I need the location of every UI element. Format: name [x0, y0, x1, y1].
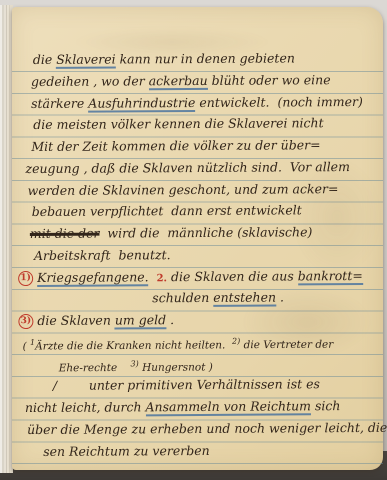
manuscript-line: Ehe-rechte 3) Hungersnot )	[13, 352, 384, 376]
manuscript-line: mit die der wird die männliche (sklavisc…	[12, 221, 383, 245]
manuscript-line: sen Reichtum zu vererben	[13, 439, 384, 463]
text-segment: die Sklaven	[33, 313, 115, 328]
manuscript-line: die meisten völker kennen die Sklaverei …	[11, 112, 382, 136]
manuscript-line: gedeihen , wo der ackerbau blüht oder wo…	[11, 69, 382, 93]
text-segment: .	[276, 290, 284, 305]
manuscript-lines: die Sklaverei kann nur in denen gebieten…	[11, 47, 385, 463]
text-segment: stärkere	[31, 95, 88, 110]
text-segment: Sklaverei	[56, 51, 116, 68]
text-segment: bankrott=	[298, 268, 363, 285]
text-segment: 2.	[157, 273, 168, 284]
manuscript-line: schulden entstehen .	[12, 286, 383, 310]
manuscript-line: 3) die Sklaven um geld .	[12, 308, 383, 332]
text-segment: blüht oder wo eine	[208, 72, 331, 88]
manuscript-line: bebauen verpflichtet dann erst entwickel…	[12, 199, 383, 223]
manuscript-line: / unter primitiven Verhältnissen ist es	[13, 373, 384, 397]
text-segment: entwickelt. (noch immer)	[195, 94, 363, 110]
text-segment: ackerbau	[149, 73, 208, 90]
manuscript-line: 1) Kriegsgefangene. 2. die Sklaven die a…	[12, 265, 383, 289]
text-segment: Arbeitskraft benutzt.	[34, 247, 171, 263]
manuscript-line: stärkere Ausfuhrindustrie entwickelt. (n…	[11, 90, 382, 114]
red-margin-number: 1)	[18, 271, 33, 286]
text-segment: bebauen verpflichtet dann erst entwickel…	[32, 203, 302, 220]
text-segment: die Vertreter der	[240, 339, 333, 352]
text-segment: über die Menge zu erheben und noch wenig…	[27, 420, 387, 437]
text-segment: die Sklaven die aus	[167, 268, 298, 284]
text-segment: Ausfuhrindustrie	[88, 95, 195, 113]
manuscript-line: zeugung , daß die Sklaven nützlich sind.…	[11, 156, 382, 180]
manuscript-line: werden die Sklavinen geschont, und zum a…	[12, 177, 383, 201]
text-segment: .	[166, 312, 174, 327]
text-segment: zeugung , daß die Sklaven nützlich sind.…	[25, 159, 350, 176]
text-segment: Kriegsgefangene.	[37, 269, 149, 287]
text-segment: werden die Sklavinen geschont, und zum a…	[28, 181, 339, 198]
text-segment: Hungersnot )	[139, 361, 213, 373]
text-segment: kann nur in denen gebieten	[116, 50, 295, 66]
manuscript-line: ( 1Ärzte die die Kranken nicht heilten. …	[12, 330, 383, 354]
text-segment: wird die männliche (sklavische)	[99, 224, 312, 240]
manuscript-line: Arbeitskraft benutzt.	[12, 243, 383, 267]
text-segment: gedeihen , wo der	[31, 73, 149, 89]
manuscript-line: die Sklaverei kann nur in denen gebieten	[11, 47, 382, 71]
notebook-page: die Sklaverei kann nur in denen gebieten…	[12, 7, 383, 470]
footnote-marker: 2)	[232, 337, 240, 346]
text-segment: / unter primitiven Verhältnissen ist es	[53, 377, 320, 394]
text-segment: Ärzte die die Kranken nicht heilten.	[35, 339, 232, 352]
text-segment: Ansammeln von Reichtum	[145, 399, 311, 417]
text-segment: entstehen	[213, 290, 276, 307]
manuscript-line: nicht leicht, durch Ansammeln von Reicht…	[13, 395, 384, 419]
text-segment: die	[33, 52, 56, 67]
manuscript-line: Mit der Zeit kommen die völker zu der üb…	[11, 134, 382, 158]
photo-of-notebook-page: { "page": { "description": "Handschriftl…	[0, 0, 387, 480]
text-segment: um geld	[115, 312, 166, 329]
footnote-marker: 3)	[130, 359, 138, 368]
text-segment: sen Reichtum zu vererben	[43, 443, 210, 459]
text-segment: nicht leicht, durch	[25, 400, 146, 416]
text-segment: sich	[311, 398, 341, 413]
manuscript-line: über die Menge zu erheben und noch wenig…	[13, 417, 384, 441]
text-segment: Mit der Zeit kommen die völker zu der üb…	[31, 137, 320, 154]
text-segment: die meisten völker kennen die Sklaverei …	[33, 116, 323, 133]
text-segment: schulden	[152, 290, 213, 305]
text-segment: mit die der	[30, 226, 100, 241]
red-margin-number: 3)	[18, 314, 33, 329]
text-segment: Ehe-rechte	[59, 362, 131, 374]
